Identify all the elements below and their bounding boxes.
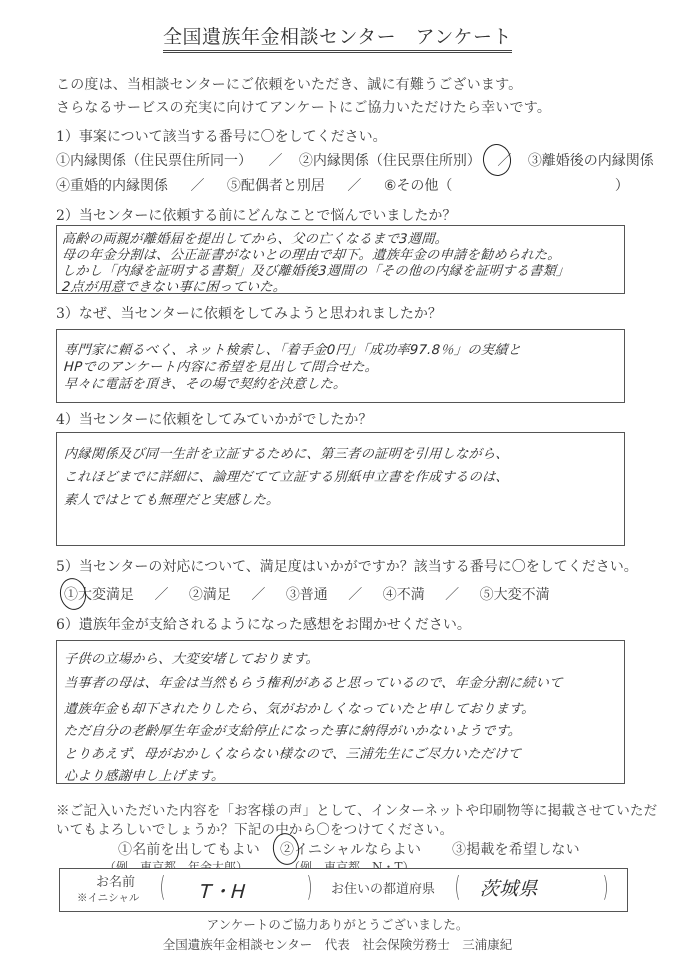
name-label: お名前 <box>96 871 135 890</box>
q1-option-3-selected[interactable]: ③離婚後の内縁関係 <box>528 153 654 169</box>
prefecture-bracket-open: ( <box>454 870 460 903</box>
q4-answer-line-1: 内縁関係及び同一生計を立証するために、第三者の証明を引用しながら、 <box>63 443 509 462</box>
publish-option-3[interactable]: ③掲載を希望しない <box>452 839 580 859</box>
q5-option-4[interactable]: ④不満 <box>383 587 425 603</box>
separator: ／ <box>348 587 362 603</box>
q5-options: ①大変満足 ／ ②満足 ／ ③普通 ／ ④不満 ／ ⑤大変不満 <box>64 584 550 604</box>
publish-option-2-selected[interactable]: ②イニシャルならよい <box>280 839 421 859</box>
q6-answer-line-3: 遺族年金も却下されたりしたら、気がおかしくなっていたと申しております。 <box>63 698 535 717</box>
q4-answer-line-2: これほどまでに詳細に、論理だてて立証する別紙申立書を作成するのは、 <box>63 466 509 485</box>
name-sublabel: ※イニシャル <box>77 890 139 905</box>
separator: ／ <box>347 178 361 194</box>
q5-selection-circle <box>57 576 88 612</box>
q1-option-5[interactable]: ⑤配偶者と別居 <box>227 178 325 194</box>
q6-answer-line-1: 子供の立場から、大変安堵しております。 <box>63 648 320 667</box>
q2-question: 2）当センターに依頼する前にどんなことで悩んでいましたか？ <box>56 205 456 225</box>
separator: ／ <box>154 587 168 603</box>
intro-line-1: この度は、当相談センターにご依頼をいただき、誠に有難うございます。 <box>56 74 522 94</box>
publish-note-line-2: いてもよろしいでしょうか？下記の中から〇をつけてください。 <box>56 818 453 838</box>
q5-option-2[interactable]: ②満足 <box>189 587 231 603</box>
q1-option-4[interactable]: ④重婚的内縁関係 <box>56 178 168 194</box>
name-bracket-open: ( <box>159 870 165 903</box>
name-bracket-close: ) <box>306 870 312 903</box>
q3-answer-line-3: 早々に電話を頂き、その場で契約を決意した。 <box>63 373 347 392</box>
footer-signature: 全国遺族年金相談センター 代表 社会保険労務士 三浦康紀 <box>0 935 675 953</box>
separator: ／ <box>251 587 265 603</box>
q1-selection-circle <box>481 142 513 178</box>
q5-question: 5）当センターの対応について、満足度はいかがですか？該当する番号に〇をしてくださ… <box>56 556 638 576</box>
q4-answer-line-3: 素人ではとても無理だと実感した。 <box>63 489 280 508</box>
separator: ／ <box>190 178 204 194</box>
q1-option-6[interactable]: ⑥その他（ <box>384 178 453 194</box>
q6-answer-line-6: 心より感謝申し上げます。 <box>63 765 225 784</box>
prefecture-bracket-close: ) <box>602 870 608 903</box>
q4-question: 4）当センターに依頼をしてみていかがでしたか？ <box>56 409 372 429</box>
q6-answer-line-5: とりあえず、母がおかしくならない様なので、三浦先生にご尽力いただけて <box>63 743 522 762</box>
prefecture-label: お住いの都道府県 <box>331 878 435 897</box>
footer-thanks: アンケートのご協力ありがとうございました。 <box>0 915 675 933</box>
q1-option-1[interactable]: ①内縁関係（住民票住所同一） <box>56 153 252 169</box>
q3-question: 3）なぜ、当センターに依頼をしてみようと思われましたか？ <box>56 303 442 323</box>
q5-option-5[interactable]: ⑤大変不満 <box>480 587 550 603</box>
q1-options-row-1: ①内縁関係（住民票住所同一） ／ ②内縁関係（住民票住所別） ／ ③離婚後の内縁… <box>56 150 654 170</box>
publish-note-line-1: ※ご記入いただいた内容を「お客様の声」として、インターネットや印刷物等に掲載させ… <box>56 799 657 819</box>
q1-option-6-close: ） <box>615 178 629 194</box>
q6-answer-line-4: ただ自分の老齢厚生年金が支給停止になった事に納得がいかないようです。 <box>63 720 522 739</box>
q6-answer-line-2: 当事者の母は、年金は当然もらう権利があると思っているので、年金分割に続いて <box>63 672 563 691</box>
q1-question: 1）事案について該当する番号に〇をしてください。 <box>56 126 387 146</box>
name-field-value[interactable]: T・H <box>199 877 247 904</box>
q1-option-2[interactable]: ②内縁関係（住民票住所別） <box>299 153 481 169</box>
q1-options-row-2: ④重婚的内縁関係 ／ ⑤配偶者と別居 ／ ⑥その他（ ） <box>56 175 629 195</box>
intro-line-2: さらなるサービスの充実に向けてアンケートにご協力いただけたら幸いです。 <box>56 97 551 117</box>
q6-question: 6）遺族年金が支給されるようになった感想をお聞かせください。 <box>56 614 471 634</box>
prefecture-field-value[interactable]: 茨城県 <box>479 874 539 901</box>
q2-answer-line-4: 2点が用意できない事に困っていた。 <box>61 276 287 295</box>
q5-option-3[interactable]: ③普通 <box>286 587 328 603</box>
survey-title: 全国遺族年金相談センター アンケート <box>0 22 675 53</box>
survey-title-text: 全国遺族年金相談センター アンケート <box>163 22 512 53</box>
publish-option-1[interactable]: ①名前を出してもよい <box>118 839 260 859</box>
separator: ／ <box>445 587 459 603</box>
separator: ／ <box>268 153 282 169</box>
